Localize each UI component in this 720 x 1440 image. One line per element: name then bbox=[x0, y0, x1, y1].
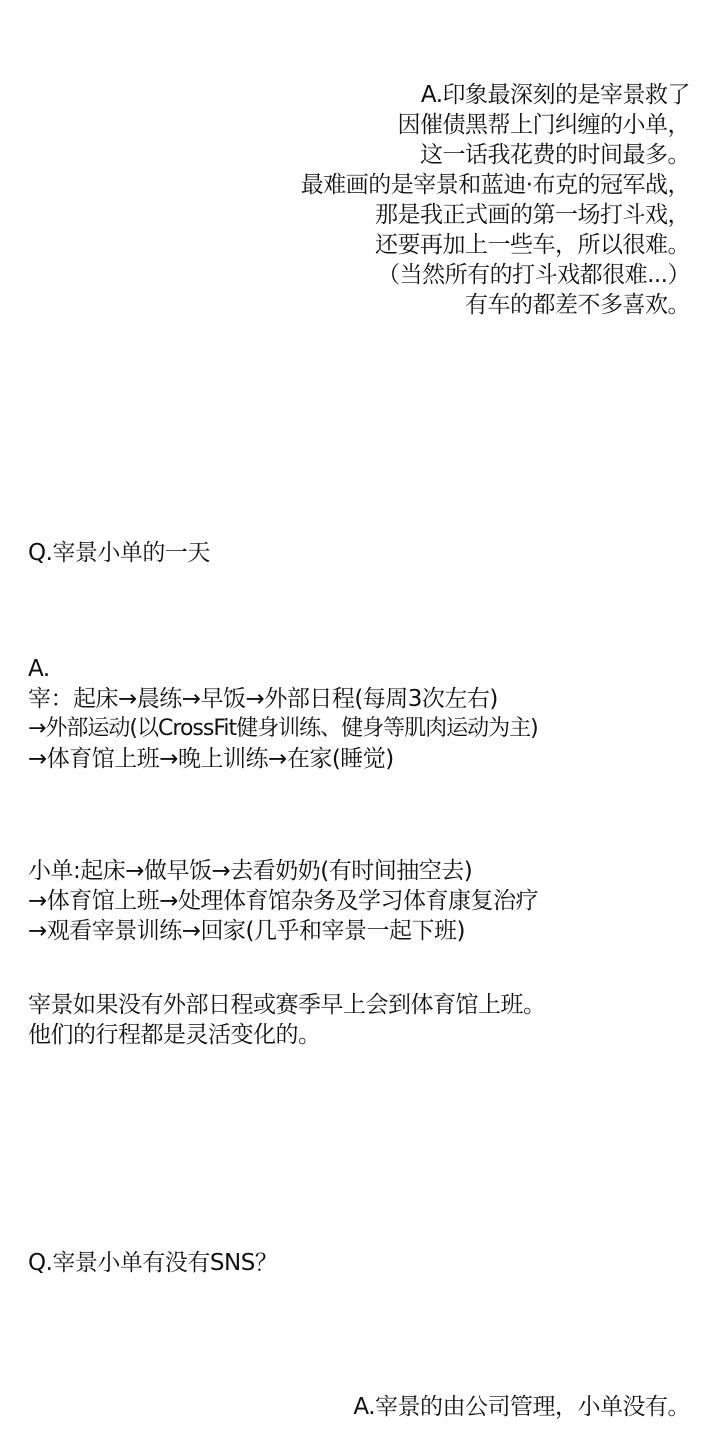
answer-1-line: A.印象最深刻的是宰景救了 bbox=[301, 80, 690, 110]
answer-2-label: A. bbox=[28, 654, 538, 684]
answer-1-line: 那是我正式画的第一场打斗戏， bbox=[301, 200, 690, 230]
answer-1-line: （当然所有的打斗戏都很难...） bbox=[301, 260, 690, 290]
answer-1-line: 这一话我花费的时间最多。 bbox=[301, 140, 690, 170]
xiaodan-schedule-line: →体育馆上班→处理体育馆杂务及学习体育康复治疗 bbox=[28, 886, 538, 916]
xiaodan-schedule-line: 小单:起床→做早饭→去看奶奶(有时间抽空去) bbox=[28, 856, 538, 886]
answer-1-paragraph: A.印象最深刻的是宰景救了 因催债黑帮上门纠缠的小单， 这一话我花费的时间最多。… bbox=[301, 80, 690, 320]
answer-3-paragraph: A.宰景的由公司管理，小单没有。 bbox=[353, 1392, 690, 1422]
xiaodan-schedule-line: →观看宰景训练→回家(几乎和宰景一起下班) bbox=[28, 916, 538, 946]
question-1-text: Q.宰景小单的一天 bbox=[28, 538, 210, 568]
zai-schedule-line: 宰：起床→晨练→早饭→外部日程(每周3次左右) bbox=[28, 684, 538, 714]
answer-2-zai-schedule: A. 宰：起床→晨练→早饭→外部日程(每周3次左右) →外部运动(以CrossF… bbox=[28, 654, 538, 774]
answer-1-line: 有车的都差不多喜欢。 bbox=[301, 290, 690, 320]
answer-1-line: 因催债黑帮上门纠缠的小单， bbox=[301, 110, 690, 140]
answer-1-line: 还要再加上一些车，所以很难。 bbox=[301, 230, 690, 260]
answer-3-text: A.宰景的由公司管理，小单没有。 bbox=[353, 1392, 690, 1422]
answer-1-line: 最难画的是宰景和蓝迪·布克的冠军战， bbox=[301, 170, 690, 200]
zai-schedule-line: →体育馆上班→晚上训练→在家(睡觉) bbox=[28, 744, 538, 774]
question-2-text: Q.宰景小单有没有SNS？ bbox=[28, 1248, 277, 1278]
question-1-heading: Q.宰景小单的一天 bbox=[28, 538, 210, 568]
answer-2-xiaodan-schedule: 小单:起床→做早饭→去看奶奶(有时间抽空去) →体育馆上班→处理体育馆杂务及学习… bbox=[28, 856, 538, 946]
question-2-heading: Q.宰景小单有没有SNS？ bbox=[28, 1248, 277, 1278]
note-line: 宰景如果没有外部日程或赛季早上会到体育馆上班。 bbox=[28, 990, 546, 1020]
note-line: 他们的行程都是灵活变化的。 bbox=[28, 1020, 546, 1050]
zai-schedule-line: →外部运动(以CrossFit健身训练、健身等肌肉运动为主) bbox=[28, 714, 538, 744]
answer-2-note: 宰景如果没有外部日程或赛季早上会到体育馆上班。 他们的行程都是灵活变化的。 bbox=[28, 990, 546, 1050]
